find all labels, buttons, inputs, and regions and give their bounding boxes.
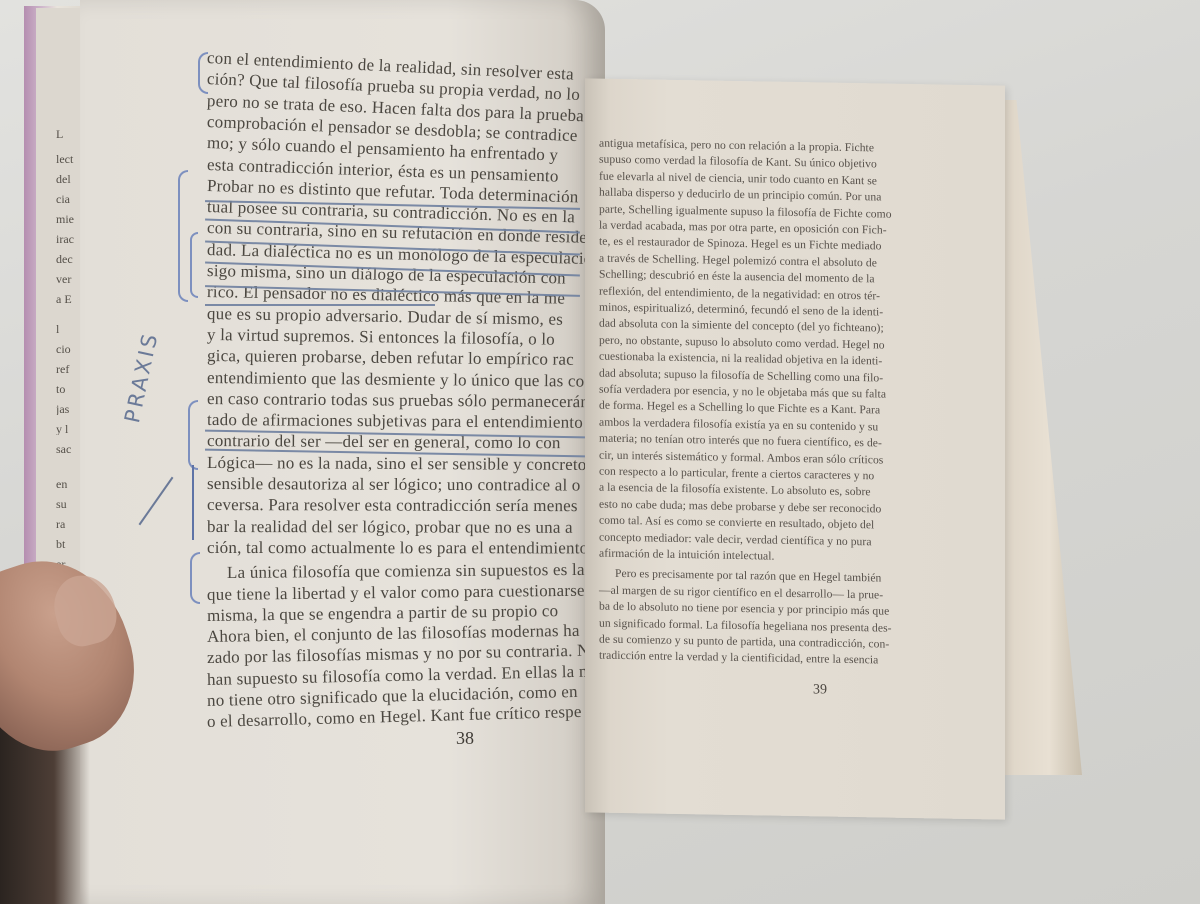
pen-bracket-top xyxy=(198,52,208,94)
text-line: fue elevarla al nivel de ciencia, unir t… xyxy=(599,169,877,187)
text-line: Schelling; descubrió en éste la ausencia… xyxy=(599,268,875,286)
text-line: reflexión, del entendimiento, de la nega… xyxy=(599,284,880,302)
text-line: te, es el restaurador de Spinoza. Hegel … xyxy=(599,235,881,253)
text-line: tradicción entre la verdad y la cientifi… xyxy=(599,649,878,667)
text-line: hallaba disperso y deducirlo de un princ… xyxy=(599,186,881,204)
text-line: la verdad acabada, mas por otra parte, e… xyxy=(599,219,887,237)
text-line: cuestionaba la existencia, ni la realida… xyxy=(599,350,882,368)
text-line: —al margen de su rigor científico en el … xyxy=(599,583,883,601)
text-line: a la esencia de la filosofía existente. … xyxy=(599,481,871,499)
text-line: como tal. Así es como se convierte en re… xyxy=(599,514,874,532)
page-number-left: 38 xyxy=(456,728,474,749)
text-line: pero, no obstante, supuso lo absoluto co… xyxy=(599,333,885,351)
text-line: con respecto a lo particular, frente a c… xyxy=(599,465,874,483)
text-line: ción, tal como actualmente lo es para el… xyxy=(207,538,588,558)
text-line: de forma. Hegel es a Schelling lo que Fi… xyxy=(599,399,880,417)
text-line: parte, Schelling igualmente supuso la fi… xyxy=(599,202,892,220)
text-line: minos, espiritualizó, determinó, fecundó… xyxy=(599,301,883,319)
text-line: dad absoluta; supuso la filosofía de Sch… xyxy=(599,366,883,384)
text-line: a través de Schelling. Hegel polemizó co… xyxy=(599,251,877,269)
page-number-right: 39 xyxy=(813,682,827,698)
text-line: concepto mediador: vale decir, verdad ci… xyxy=(599,530,872,548)
pen-bracket-unica-filosofia xyxy=(190,552,200,604)
pen-underline-6 xyxy=(205,304,435,306)
right-page: 39 antigua metafísica, pero no con relac… xyxy=(585,78,1005,819)
pen-bracket-dialectica-inner xyxy=(190,232,198,298)
text-line: cir, un interés sistemático y formal. Am… xyxy=(599,448,883,466)
text-line: ba de lo absoluto no tiene por esencia y… xyxy=(599,600,889,618)
text-line: Pero es precisamente por tal razón que e… xyxy=(615,567,881,585)
text-line: bar la realidad del ser lógico, probar q… xyxy=(207,517,573,538)
text-line: sensible desautoriza al ser lógico; uno … xyxy=(207,474,581,496)
text-line: ceversa. Para resolver esta contradicció… xyxy=(207,495,578,516)
text-line: gica, quieren probarse, deben refutar lo… xyxy=(207,346,574,370)
text-line: esto no cabe duda; mas debe probarse y d… xyxy=(599,497,881,515)
pen-bracket-dialectica xyxy=(178,170,188,302)
text-line: tado de afirmaciones subjetivas para el … xyxy=(207,410,583,433)
text-line: Lógica— no es la nada, sino el ser sensi… xyxy=(207,453,587,475)
text-line: un significado formal. La filosofía hege… xyxy=(599,616,892,634)
text-line: antigua metafísica, pero no con relación… xyxy=(599,137,874,155)
text-line: de su comienzo y su punto de partida, un… xyxy=(599,633,889,651)
text-line: sofía verdadera por esencia, y no le obj… xyxy=(599,383,886,401)
text-line: en caso contrario todas sus pruebas sólo… xyxy=(207,389,589,412)
text-line: afirmación de la intuición intelectual. xyxy=(599,547,774,563)
pen-vertical-line xyxy=(192,465,194,540)
text-line: dad absoluta con la simiente del concept… xyxy=(599,317,884,335)
text-line: supuso como verdad la filosofía de Kant.… xyxy=(599,153,877,171)
right-page-stack-edge xyxy=(1000,100,1082,775)
text-line: La única filosofía que comienza sin supu… xyxy=(227,560,585,583)
pen-bracket-logica xyxy=(188,400,198,470)
text-line: entendimiento que las desmiente y lo úni… xyxy=(207,368,585,392)
text-line: ambos la verdadera filosofía existía ya … xyxy=(599,415,878,433)
text-line: materia; no tenían otro interés que no f… xyxy=(599,432,882,450)
